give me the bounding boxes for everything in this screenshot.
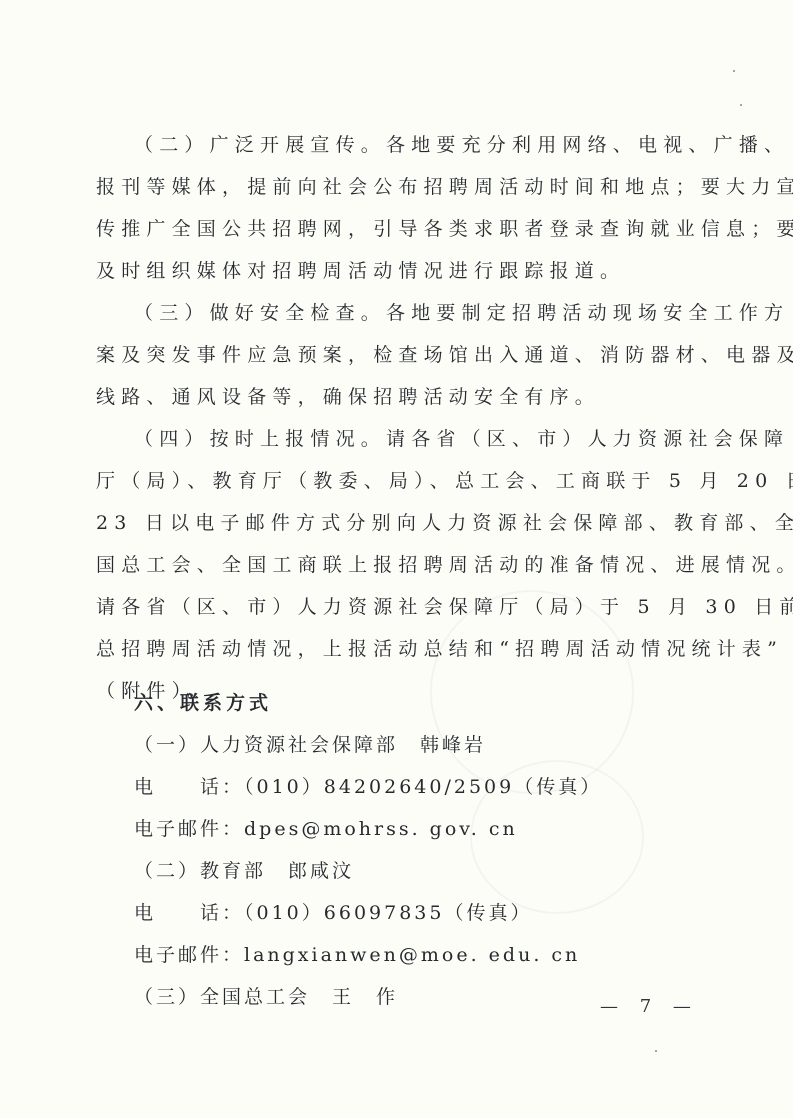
paragraph-line: （四）按时上报情况。请各省（区、市）人力资源社会保障 [134,427,734,451]
paragraph-line: 报刊等媒体，提前向社会公布招聘周活动时间和地点；要大力宣 [96,175,696,199]
contact-phone: 电 话：（010）66097835（传真） [134,901,734,925]
contact-title: （一）人力资源社会保障部 韩峰岩 [134,733,734,757]
paragraph-line: 请各省（区、市）人力资源社会保障厅（局）于 5 月 30 日前汇 [96,595,696,619]
paragraph-line: （二）广泛开展宣传。各地要充分利用网络、电视、广播、 [134,133,734,157]
paragraph-line: 案及突发事件应急预案，检查场馆出入通道、消防器材、电器及 [96,343,696,367]
contact-phone: 电 话：（010）84202640/2509（传真） [134,775,734,799]
paragraph-line: 厅（局）、教育厅（教委、局）、总工会、工商联于 5 月 20 日、 [96,469,696,493]
contact-email: 电子邮件：dpes@mohrss. gov. cn [134,817,734,841]
paragraph-line: 总招聘周活动情况，上报活动总结和“招聘周活动情况统计表” [96,637,696,661]
section-heading: 六、联系方式 [134,691,734,715]
contact-email: 电子邮件：langxianwen@moe. edu. cn [134,943,734,967]
contact-title: （二）教育部 郎咸汶 [134,859,734,883]
scan-speck [655,1050,657,1052]
paragraph-line: 23 日以电子邮件方式分别向人力资源社会保障部、教育部、全 [96,511,696,535]
paragraph-line: 线路、通风设备等，确保招聘活动安全有序。 [96,385,696,409]
paragraph-line: 国总工会、全国工商联上报招聘周活动的准备情况、进展情况。 [96,553,696,577]
page-number: — 7 — [600,996,699,1017]
paragraph-line: （三）做好安全检查。各地要制定招聘活动现场安全工作方 [134,301,734,325]
document-page: （二）广泛开展宣传。各地要充分利用网络、电视、广播、 报刊等媒体，提前向社会公布… [0,0,793,1118]
scan-speck [740,104,742,106]
paragraph-line: 传推广全国公共招聘网，引导各类求职者登录查询就业信息；要 [96,217,696,241]
scan-speck [733,70,735,72]
paragraph-line: 及时组织媒体对招聘周活动情况进行跟踪报道。 [96,259,696,283]
